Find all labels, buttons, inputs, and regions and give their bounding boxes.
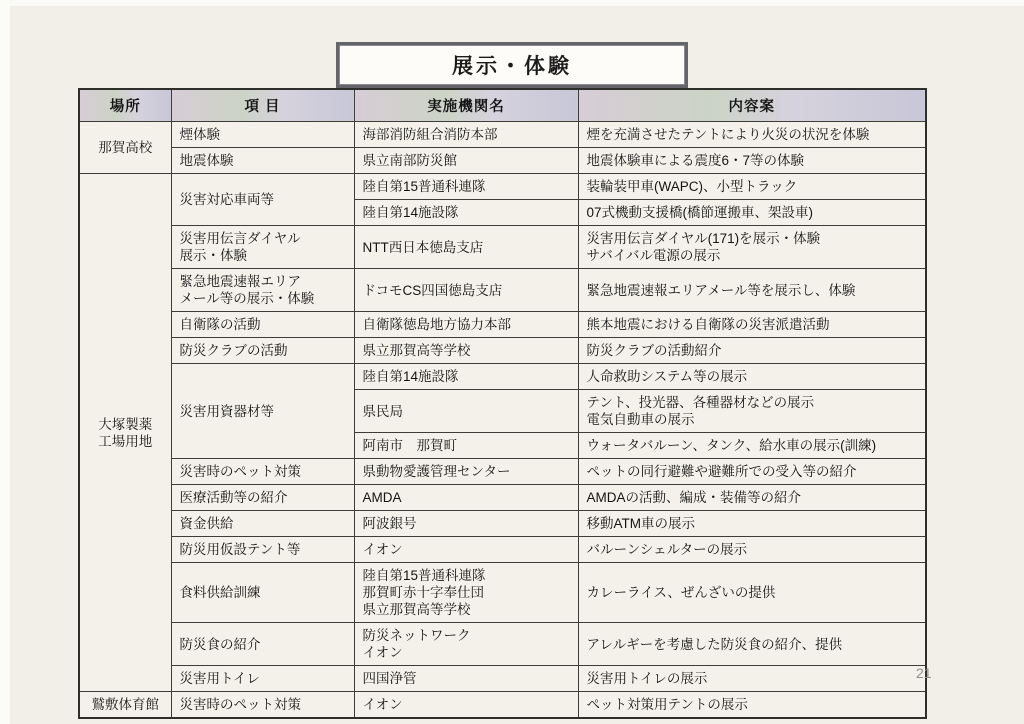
cell-item: 災害用伝言ダイヤル 展示・体験 [171,226,354,269]
table-row: 防災クラブの活動 県立那賀高等学校 防災クラブの活動紹介 [79,338,926,364]
cell-content: 人命救助システム等の展示 [578,364,926,390]
table-row: 災害時のペット対策 県動物愛護管理センター ペットの同行避難や避難所での受入等の… [79,459,926,485]
table-row: 自衛隊の活動 自衛隊徳島地方協力本部 熊本地震における自衛隊の災害派遣活動 [79,312,926,338]
table-row: 地震体験 県立南部防災館 地震体験車による震度6・7等の体験 [79,148,926,174]
cell-org: 県民局 [354,390,578,433]
col-header-content: 内容案 [578,89,926,122]
cell-item: 防災用仮設テント等 [171,537,354,563]
cell-content: 災害用トイレの展示 [578,666,926,692]
cell-item: 防災食の紹介 [171,623,354,666]
cell-content: テント、投光器、各種器材などの展示 電気自動車の展示 [578,390,926,433]
cell-item: 災害用トイレ [171,666,354,692]
cell-content: 煙を充満させたテントにより火災の状況を体験 [578,122,926,148]
table-row: 医療活動等の紹介 AMDA AMDAの活動、編成・装備等の紹介 [79,485,926,511]
cell-content: AMDAの活動、編成・装備等の紹介 [578,485,926,511]
cell-item: 防災クラブの活動 [171,338,354,364]
cell-item: 災害用資器材等 [171,364,354,459]
cell-org: 海部消防組合消防本部 [354,122,578,148]
cell-org: 陸自第14施設隊 [354,364,578,390]
cell-content: 緊急地震速報エリアメール等を展示し、体験 [578,269,926,312]
cell-content: アレルギーを考慮した防災食の紹介、提供 [578,623,926,666]
cell-org: 陸自第15普通科連隊 [354,174,578,200]
cell-org: 防災ネットワーク イオン [354,623,578,666]
cell-item: 医療活動等の紹介 [171,485,354,511]
table-row: 資金供給 阿波銀号 移動ATM車の展示 [79,511,926,537]
cell-item: 地震体験 [171,148,354,174]
cell-content: ウォータバルーン、タンク、給水車の展示(訓練) [578,433,926,459]
cell-content: 地震体験車による震度6・7等の体験 [578,148,926,174]
cell-content: ペットの同行避難や避難所での受入等の紹介 [578,459,926,485]
cell-content: カレーライス、ぜんざいの提供 [578,563,926,623]
cell-org: 県立那賀高等学校 [354,338,578,364]
cell-item: 資金供給 [171,511,354,537]
page-number: 21 [916,665,932,681]
cell-org: 陸自第15普通科連隊 那賀町赤十字奉仕団 県立那賀高等学校 [354,563,578,623]
cell-item: 食料供給訓練 [171,563,354,623]
cell-item: 災害対応車両等 [171,174,354,226]
cell-org: 阿波銀号 [354,511,578,537]
title-box: 展示・体験 [336,42,688,88]
table-row: 災害用トイレ 四国浄管 災害用トイレの展示 [79,666,926,692]
cell-content: 防災クラブの活動紹介 [578,338,926,364]
cell-item: 自衛隊の活動 [171,312,354,338]
cell-place: 大塚製薬 工場用地 [79,174,171,692]
table-row: 防災用仮設テント等 イオン バルーンシェルターの展示 [79,537,926,563]
cell-item: 緊急地震速報エリア メール等の展示・体験 [171,269,354,312]
cell-org: 自衛隊徳島地方協力本部 [354,312,578,338]
scanned-page: 展示・体験 場所 項 目 実施機関名 内容案 那賀高校 煙体験 海部消防組合消防… [0,0,1024,724]
cell-content: 装輪装甲車(WAPC)、小型トラック [578,174,926,200]
table-row: 緊急地震速報エリア メール等の展示・体験 ドコモCS四国徳島支店 緊急地震速報エ… [79,269,926,312]
cell-org: NTT西日本徳島支店 [354,226,578,269]
cell-content: 熊本地震における自衛隊の災害派遣活動 [578,312,926,338]
col-header-item: 項 目 [171,89,354,122]
cell-org: イオン [354,537,578,563]
col-header-place: 場所 [79,89,171,122]
header-row: 場所 項 目 実施機関名 内容案 [79,89,926,122]
page-title: 展示・体験 [452,50,572,80]
exhibition-table: 場所 項 目 実施機関名 内容案 那賀高校 煙体験 海部消防組合消防本部 煙を充… [78,88,927,719]
cell-org: 阿南市 那賀町 [354,433,578,459]
table-row: 防災食の紹介 防災ネットワーク イオン アレルギーを考慮した防災食の紹介、提供 [79,623,926,666]
cell-org: 四国浄管 [354,666,578,692]
table-row: 鷲敷体育館 災害時のペット対策 イオン ペット対策用テントの展示 [79,692,926,719]
table-row: 食料供給訓練 陸自第15普通科連隊 那賀町赤十字奉仕団 県立那賀高等学校 カレー… [79,563,926,623]
table-row: 那賀高校 煙体験 海部消防組合消防本部 煙を充満させたテントにより火災の状況を体… [79,122,926,148]
cell-content: 災害用伝言ダイヤル(171)を展示・体験 サバイバル電源の展示 [578,226,926,269]
table-row: 災害用伝言ダイヤル 展示・体験 NTT西日本徳島支店 災害用伝言ダイヤル(171… [79,226,926,269]
cell-org: ドコモCS四国徳島支店 [354,269,578,312]
cell-place: 鷲敷体育館 [79,692,171,719]
col-header-organization: 実施機関名 [354,89,578,122]
cell-content: 移動ATM車の展示 [578,511,926,537]
cell-org: イオン [354,692,578,719]
table-row: 大塚製薬 工場用地 災害対応車両等 陸自第15普通科連隊 装輪装甲車(WAPC)… [79,174,926,200]
cell-org: AMDA [354,485,578,511]
cell-content: 07式機動支援橋(橋節運搬車、架設車) [578,200,926,226]
cell-item: 煙体験 [171,122,354,148]
cell-item: 災害時のペット対策 [171,692,354,719]
cell-content: ペット対策用テントの展示 [578,692,926,719]
cell-item: 災害時のペット対策 [171,459,354,485]
cell-org: 県動物愛護管理センター [354,459,578,485]
cell-place: 那賀高校 [79,122,171,174]
cell-org: 陸自第14施設隊 [354,200,578,226]
table-row: 災害用資器材等 陸自第14施設隊 人命救助システム等の展示 [79,364,926,390]
cell-content: バルーンシェルターの展示 [578,537,926,563]
cell-org: 県立南部防災館 [354,148,578,174]
